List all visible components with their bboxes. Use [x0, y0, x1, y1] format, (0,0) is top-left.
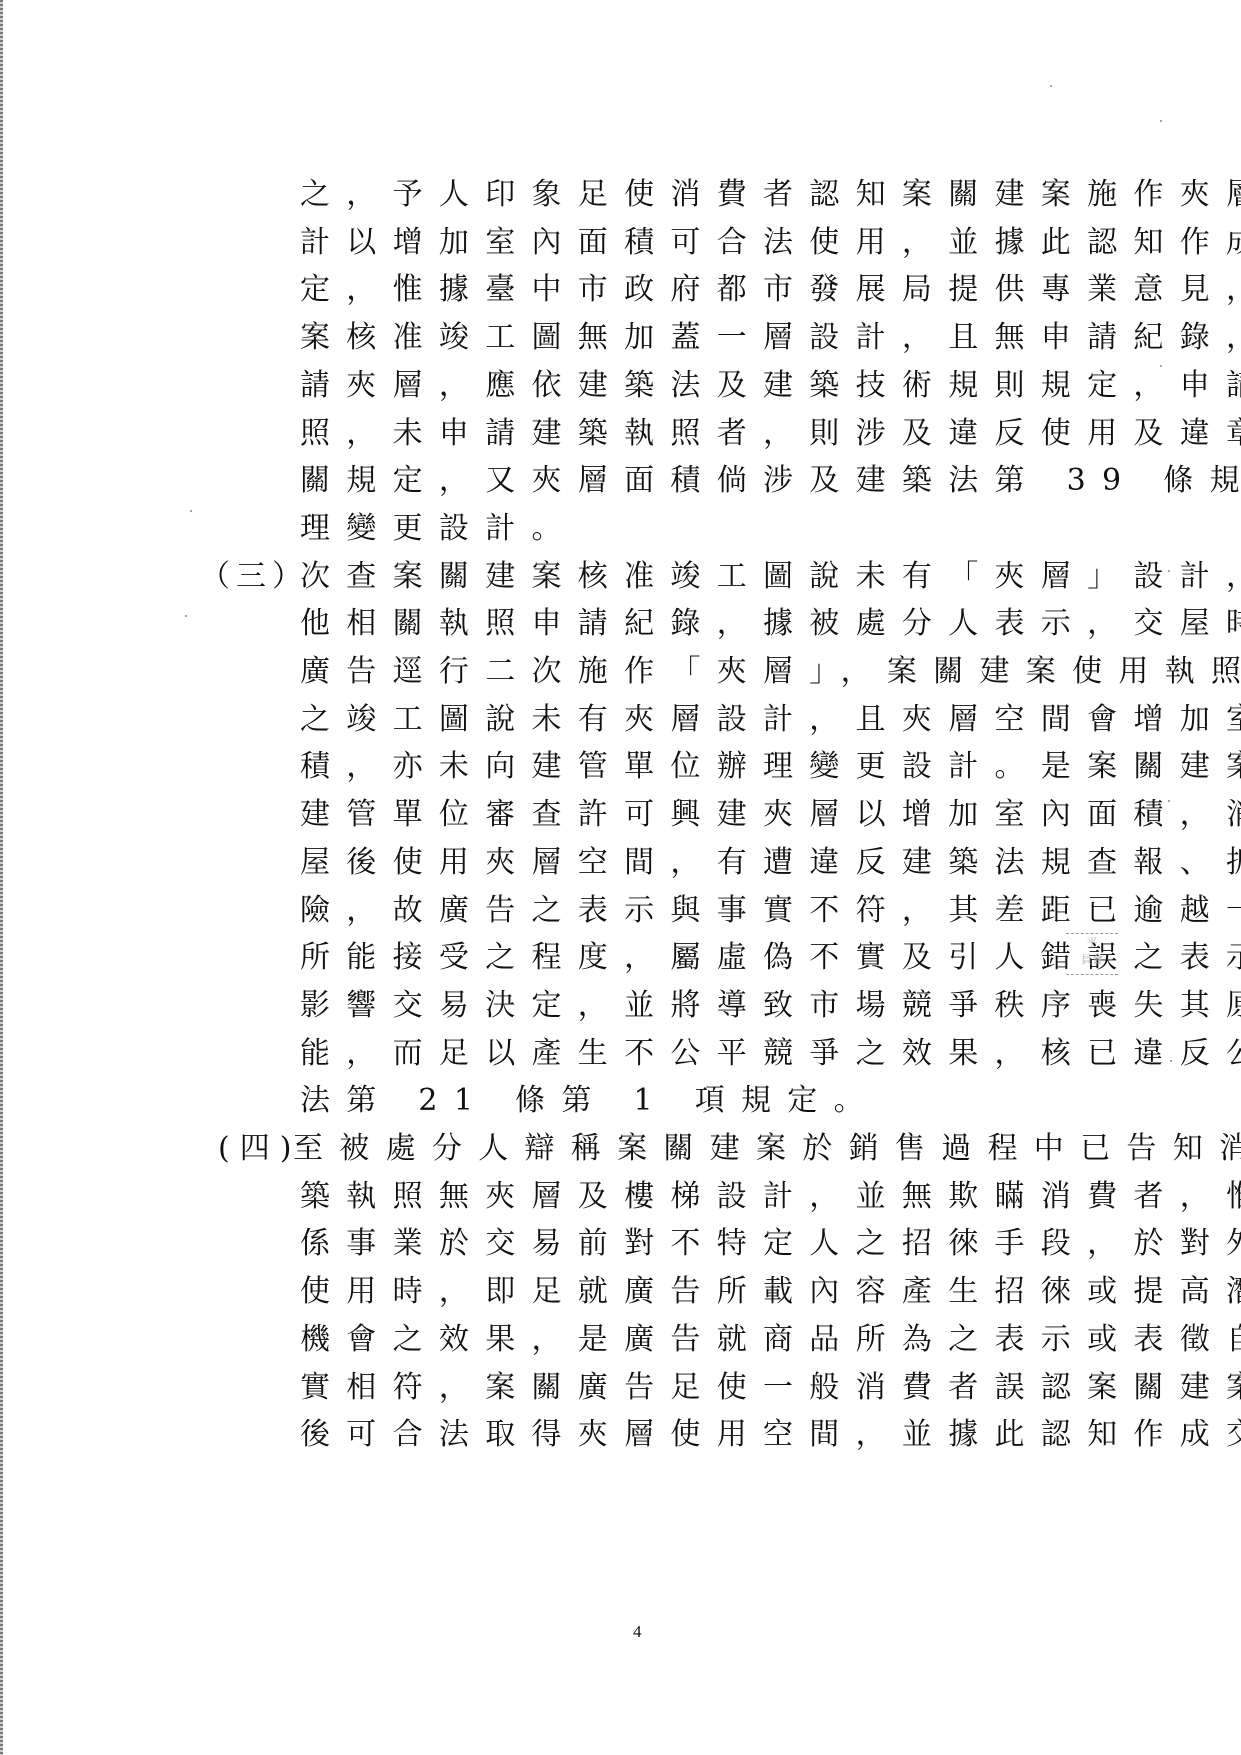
- text-line: 屋後使用夾層空間，有遭違反建築法規查報、拆除之風: [300, 839, 1241, 887]
- text-line: 之，予人印象足使消費者認知案關建案施作夾層空間設: [300, 171, 1241, 219]
- text-line: 險，故廣告之表示與事實不符，其差距已逾越一般大眾: [300, 887, 1241, 935]
- text-line: 法第 21 條第 1 項規定。: [300, 1077, 880, 1125]
- text-line: 機會之效果，是廣告就商品所為之表示或表徵自應與事: [300, 1316, 1241, 1364]
- text-line: 案核准竣工圖無加蓋一層設計，且無申請紀錄，倘欲申: [300, 314, 1241, 362]
- text-line: 後可合法取得夾層使用空間，並據此認知作成交易決: [300, 1411, 1241, 1459]
- scan-speck: [1160, 365, 1162, 367]
- document-page: 之，予人印象足使消費者認知案關建案施作夾層空間設 計以增加室內面積可合法使用，並…: [0, 0, 1241, 1755]
- text-line: 之竣工圖說未有夾層設計，且夾層空間會增加室內面: [300, 696, 1241, 744]
- scan-speck: [1170, 1060, 1172, 1062]
- seal-text-line: 員會: [1066, 951, 1118, 968]
- scan-speck: [185, 615, 187, 617]
- text-line: 關規定，又夾層面積倘涉及建築法第 39 條規定，應辦: [300, 457, 1241, 505]
- text-line: 照，未申請建築執照者，則涉及違反使用及違章建築相: [300, 410, 1241, 458]
- scan-speck: [1168, 800, 1170, 802]
- text-line: 建管單位審查許可興建夾層以增加室內面積，消費者購: [300, 791, 1241, 839]
- text-line: 理變更設計。: [300, 505, 578, 553]
- scan-speck: [1050, 85, 1052, 87]
- text-line: 築執照無夾層及樓梯設計，並無欺瞞消費者，惟按廣告: [300, 1173, 1241, 1221]
- text-line: 廣告逕行二次施作「夾層」，案關建案使用執照已核發: [300, 648, 1241, 696]
- scan-speck: [190, 510, 192, 512]
- scan-speck: [1168, 570, 1170, 572]
- page-number: 4: [633, 1622, 642, 1642]
- text-line: 能，而足以產生不公平競爭之效果，核已違反公平交易: [300, 1030, 1241, 1078]
- text-line: 積，亦未向建管單位辦理變更設計。是案關建案並未獲: [300, 743, 1241, 791]
- text-line: 影響交易決定，並將導致市場競爭秩序喪失其原有之效: [300, 982, 1241, 1030]
- seal-stamp-fragment: 平 員會: [1066, 933, 1118, 975]
- item-4-label: (四): [218, 1125, 301, 1173]
- seal-text-line: 平: [1066, 934, 1118, 951]
- text-line: 定，惟據臺中市政府都市發展局提供專業意見，案關建: [300, 266, 1241, 314]
- text-line: 請夾層，應依建築法及建築技術規則規定，申請建築執: [300, 362, 1241, 410]
- scan-speck: [1160, 120, 1162, 122]
- text-line: 實相符，案關廣告足使一般消費者誤認案關建案於交屋: [300, 1364, 1241, 1412]
- text-line: 至被處分人辯稱案關建案於銷售過程中已告知消費者建: [293, 1125, 1241, 1173]
- scan-speck: [1188, 1000, 1190, 1002]
- text-line: 計以增加室內面積可合法使用，並據此認知作成交易決: [300, 219, 1241, 267]
- text-line: 他相關執照申請紀錄，據被處分人表示，交屋時依案關: [300, 600, 1241, 648]
- item-3-label: （三）: [200, 553, 308, 601]
- text-line: 使用時，即足就廣告所載內容產生招徠或提高潛在交易: [300, 1268, 1241, 1316]
- text-line: 次查案關建案核准竣工圖說未有「夾層」設計，亦無其: [300, 553, 1241, 601]
- text-line: 係事業於交易前對不特定人之招徠手段，於對外刊載、: [300, 1220, 1241, 1268]
